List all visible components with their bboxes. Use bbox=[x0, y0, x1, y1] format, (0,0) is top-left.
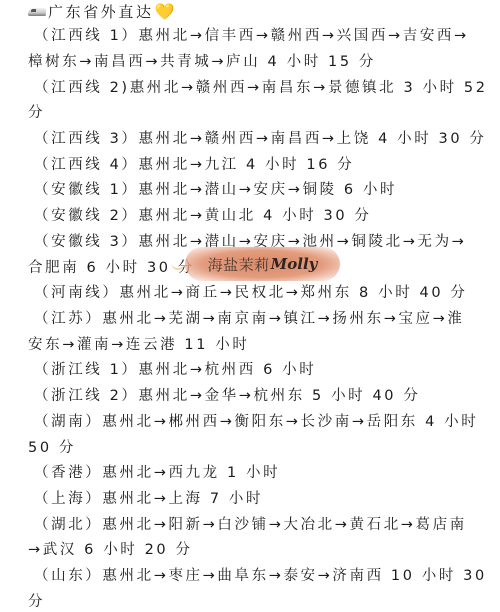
title-text: 广东省外直达 bbox=[48, 1, 154, 22]
route-line-text: （安徽线 2）惠州北→黄山北 4 小时 30 分 bbox=[34, 206, 372, 226]
route-line-text: 50 分 bbox=[28, 438, 76, 458]
watermark-latin: Molly bbox=[271, 255, 318, 273]
route-line-text: 合肥南 6 小时 30 分 bbox=[28, 258, 195, 278]
route-line-text: （香港）惠州北→西九龙 1 小时 bbox=[34, 463, 280, 483]
route-line-text: （江西线 2)惠州北→赣州西→南昌东→景德镇北 3 小时 52 bbox=[34, 78, 488, 98]
route-line-text: （浙江线 2）惠州北→金华→杭州东 5 小时 40 分 bbox=[34, 386, 420, 406]
route-line-text: →武汉 6 小时 20 分 bbox=[28, 540, 193, 560]
route-line-text: （湖北）惠州北→阳新→白沙铺→大冶北→黄石北→葛店南 bbox=[34, 515, 467, 535]
document-title: 广东省外直达 💛 bbox=[28, 1, 175, 22]
author-watermark: 海盐茉莉 Molly bbox=[185, 247, 340, 281]
route-line-text: 分 bbox=[28, 592, 45, 612]
route-line-text: 安东→灌南→连云港 11 小时 bbox=[28, 335, 249, 355]
route-line-text: 樟树东→南昌西→共青城→庐山 4 小时 15 分 bbox=[28, 52, 376, 72]
route-line-text: 分 bbox=[28, 103, 45, 123]
route-line-text: （江西线 3）惠州北→赣州西→南昌西→上饶 4 小时 30 分 bbox=[34, 129, 487, 149]
yellow-heart-icon: 💛 bbox=[155, 4, 175, 20]
route-line-text: （江西线 1）惠州北→信丰西→赣州西→兴国西→吉安西→ bbox=[34, 26, 469, 46]
route-line-text: （山东）惠州北→枣庄→曲阜东→泰安→济南西 10 小时 30 bbox=[34, 566, 487, 586]
watermark-chinese: 海盐茉莉 bbox=[208, 254, 270, 275]
route-line-text: （安徽线 1）惠州北→潜山→安庆→铜陵 6 小时 bbox=[34, 180, 397, 200]
route-line-text: （江西线 4）惠州北→九江 4 小时 16 分 bbox=[34, 155, 354, 175]
route-line-text: （河南线）惠州北→商丘→民权北→郑州东 8 小时 40 分 bbox=[34, 283, 467, 303]
route-line-text: （上海）惠州北→上海 7 小时 bbox=[34, 489, 263, 509]
route-line-text: （江苏）惠州北→芜湖→南京南→镇江→扬州东→宝应→淮 bbox=[34, 309, 465, 329]
route-line-text: （湖南）惠州北→郴州西→衡阳东→长沙南→岳阳东 4 小时 bbox=[34, 412, 478, 432]
route-line-text: （浙江线 1）惠州北→杭州西 6 小时 bbox=[34, 360, 316, 380]
bullet-train-icon bbox=[28, 6, 46, 17]
